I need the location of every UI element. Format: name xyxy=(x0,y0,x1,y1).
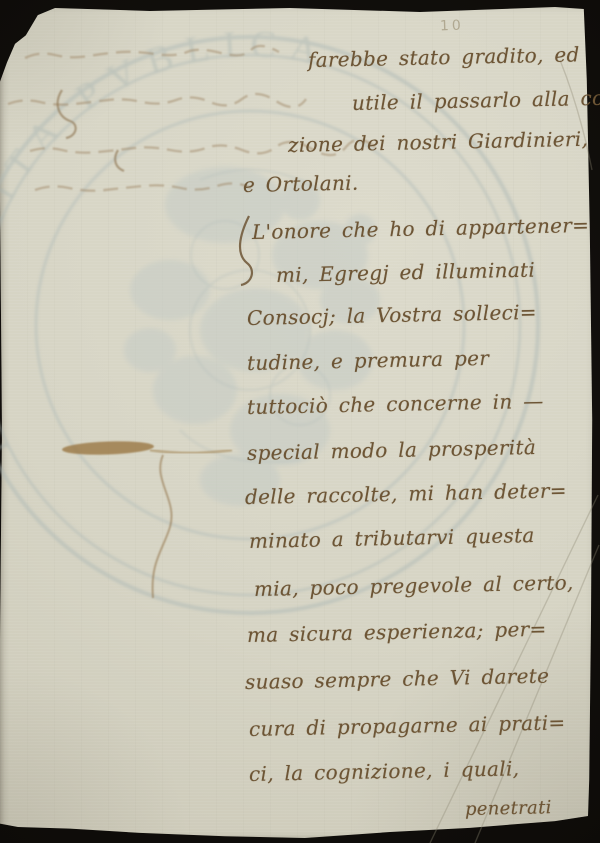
page-number: 10 xyxy=(440,18,464,35)
paper-sheet xyxy=(0,0,600,843)
scanned-manuscript-page: PROSPERITA PVBLICA xyxy=(0,0,600,843)
